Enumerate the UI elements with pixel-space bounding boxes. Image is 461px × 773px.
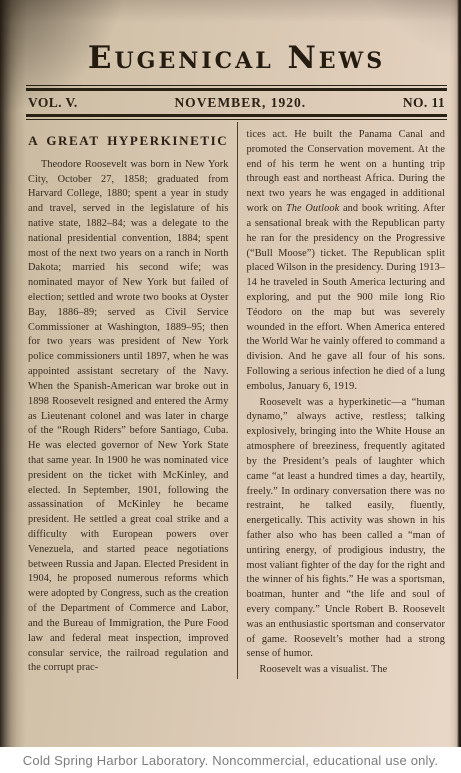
page-right-edge [449, 0, 461, 747]
article-paragraph: Roosevelt was a hyperkinetic—a “human dy… [247, 396, 446, 663]
left-column: A GREAT HYPERKINETIC Theodore Roosevelt … [24, 122, 237, 679]
page-content: Eugenical News VOL. V. NOVEMBER, 1920. N… [24, 0, 449, 747]
article-paragraph: Theodore Roosevelt was born in New York … [28, 158, 229, 676]
issue-number: NO. 11 [403, 95, 445, 111]
paragraph-text: tices act. He built the Panama Canal and… [247, 129, 446, 214]
right-column: tices act. He built the Panama Canal and… [237, 122, 450, 679]
rule-thin [26, 85, 447, 86]
volume-label: VOL. V. [28, 95, 78, 111]
attribution-bar: Cold Spring Harbor Laboratory. Noncommer… [0, 747, 461, 773]
paragraph-text: and book writing. After a sensational br… [247, 203, 446, 392]
article-paragraph: Roosevelt was a visualist. The [247, 663, 446, 678]
masthead-bottom-rule [26, 114, 447, 120]
rule-thick [26, 114, 447, 117]
issue-date: NOVEMBER, 1920. [78, 95, 403, 111]
masthead-title: Eugenical News [24, 40, 449, 76]
outlook-italic-title: The Outlook [286, 203, 339, 214]
attribution-caption: Cold Spring Harbor Laboratory. Noncommer… [23, 753, 438, 768]
article-heading: A GREAT HYPERKINETIC [28, 132, 229, 151]
book-binding-shadow [0, 0, 26, 747]
screenshot-stage: Eugenical News VOL. V. NOVEMBER, 1920. N… [0, 0, 461, 773]
article-paragraph: tices act. He built the Panama Canal and… [247, 128, 446, 395]
article-columns: A GREAT HYPERKINETIC Theodore Roosevelt … [24, 122, 449, 679]
issue-info-row: VOL. V. NOVEMBER, 1920. NO. 11 [24, 91, 449, 114]
rule-thin [26, 119, 447, 120]
scanned-page: Eugenical News VOL. V. NOVEMBER, 1920. N… [0, 0, 461, 747]
